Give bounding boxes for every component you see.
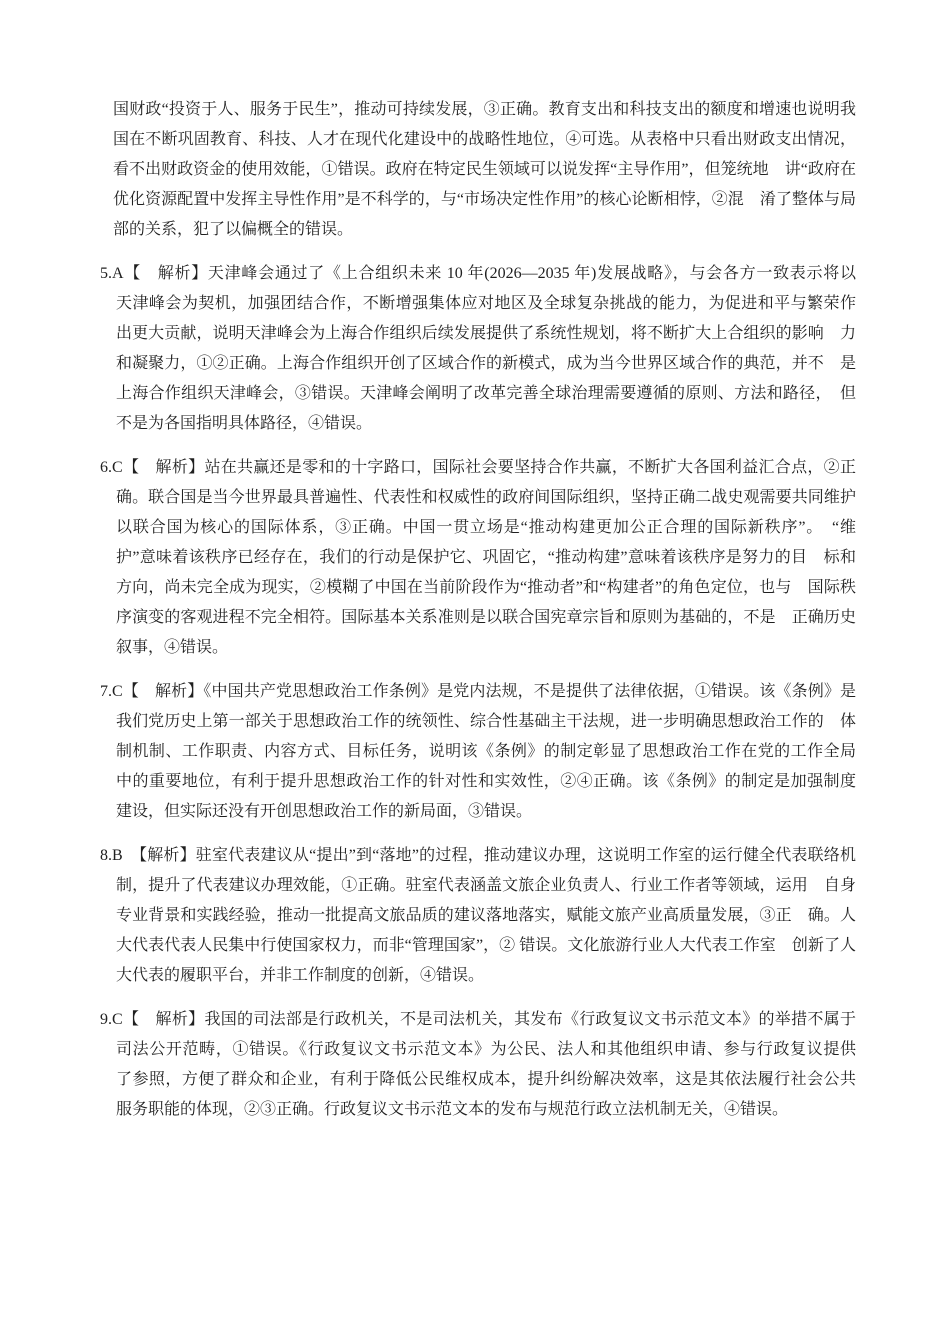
explanation-text: 天津峰会通过了《上合组织未来 10 年(2026—2035 年)发展战略》，与会…: [116, 265, 872, 432]
question-number: 9.C: [100, 1011, 123, 1028]
explanation-text: 我国的司法部是行政机关，不是司法机关，其发布《行政复议文书示范文本》的举措不属于…: [116, 1011, 872, 1118]
analysis-marker: 【解析】: [123, 847, 196, 864]
explanation-text: 《中国共产党思想政治工作条例》是党内法规，不是提供了法律依据，①错误。该《条例》…: [116, 683, 872, 820]
explanation-item-7: 7.C【 解析】《中国共产党思想政治工作条例》是党内法规，不是提供了法律依据，①…: [100, 677, 856, 827]
analysis-marker: 【 解析】: [123, 459, 205, 476]
explanation-item-6: 6.C【 解析】站在共赢还是零和的十字路口，国际社会要坚持合作共赢，不断扩大各国…: [100, 453, 856, 663]
question-number: 5.A: [100, 265, 124, 282]
analysis-marker: 【 解析】: [124, 265, 208, 282]
question-number: 8.B: [100, 847, 123, 864]
carryover-paragraph: 国财政“投资于人、服务于民生”，推动可持续发展，③正确。教育支出和科技支出的额度…: [113, 95, 856, 245]
document-page: 国财政“投资于人、服务于民生”，推动可持续发展，③正确。教育支出和科技支出的额度…: [0, 0, 950, 1335]
explanation-item-8: 8.B 【解析】驻室代表建议从“提出”到“落地”的过程，推动建议办理，这说明工作…: [100, 841, 856, 991]
analysis-marker: 【 解析】: [123, 1011, 205, 1028]
answer-explanations-body: 国财政“投资于人、服务于民生”，推动可持续发展，③正确。教育支出和科技支出的额度…: [100, 95, 856, 1125]
explanation-item-9: 9.C【 解析】我国的司法部是行政机关，不是司法机关，其发布《行政复议文书示范文…: [100, 1005, 856, 1125]
explanation-item-5: 5.A【 解析】天津峰会通过了《上合组织未来 10 年(2026—2035 年)…: [100, 259, 856, 439]
question-number: 6.C: [100, 459, 123, 476]
explanation-text: 驻室代表建议从“提出”到“落地”的过程，推动建议办理，这说明工作室的运行健全代表…: [116, 847, 856, 984]
analysis-marker: 【 解析】: [123, 683, 204, 700]
question-number: 7.C: [100, 683, 123, 700]
explanation-text: 站在共赢还是零和的十字路口，国际社会要坚持合作共赢，不断扩大各国利益汇合点，②正…: [116, 459, 856, 656]
